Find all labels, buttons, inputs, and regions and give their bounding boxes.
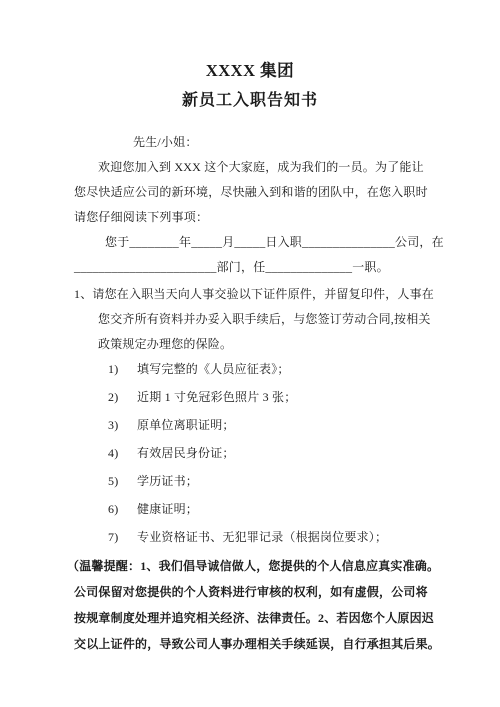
warm-reminder: （温馨提醒：1、我们倡导诚信做人，您提供的个人信息应真实准确。 公司保留对您提供… xyxy=(74,553,426,657)
blank-line: _______________________部门，任_____________… xyxy=(74,255,426,280)
document-item: 1) 填写完整的《人员应征表》； xyxy=(108,357,426,382)
reminder-line: 公司保留对您提供的个人资料进行审核的权利，如有虚假，公司将 xyxy=(74,579,426,605)
document-text: 健康证明； xyxy=(137,497,198,522)
document-number: 2) xyxy=(108,385,137,410)
document-checklist: 1) 填写完整的《人员应征表》； 2) 近期 1 寸免冠彩色照片 3 张； 3)… xyxy=(74,357,426,550)
document-text: 原单位离职证明； xyxy=(137,413,235,438)
document-number: 1) xyxy=(108,357,137,382)
clause-1: 1、请您在入职当天向人事交验以下证件原件，并留复印件，人事在 您交齐所有资料并办… xyxy=(74,282,426,357)
document-item: 5) 学历证书； xyxy=(108,469,426,494)
document-number: 7) xyxy=(108,525,137,550)
document-number: 4) xyxy=(108,441,137,466)
document-item: 6) 健康证明； xyxy=(108,497,426,522)
company-title: XXXX 集团 xyxy=(74,56,426,86)
document-text: 学历证书； xyxy=(137,469,198,494)
reminder-line: 按规章制度处理并追究相关经济、法律责任。2、若因您个人原因迟 xyxy=(74,605,426,631)
intro-line: 欢迎您加入到 XXX 这个大家庭，成为我们的一员。为了能让 xyxy=(74,155,426,180)
reminder-line: 交以上证件的，导致公司人事办理相关手续延误，自行承担其后果。 xyxy=(74,631,426,657)
blank-line: 您于________年_____月_____日入职_______________… xyxy=(74,230,426,255)
reminder-line: （温馨提醒：1、我们倡导诚信做人，您提供的个人信息应真实准确。 xyxy=(67,553,426,579)
document-title: 新员工入职告知书 xyxy=(74,86,426,116)
document-text: 有效居民身份证； xyxy=(137,441,235,466)
document-item: 7) 专业资格证书、无犯罪记录（根据岗位要求）； xyxy=(108,525,426,550)
document-number: 6) xyxy=(108,497,137,522)
clause-1-line: 您交齐所有资料并办妥入职手续后，与您签订劳动合同,按相关 xyxy=(74,307,426,332)
clause-1-line: 1、请您在入职当天向人事交验以下证件原件，并留复印件，人事在 xyxy=(74,282,426,307)
intro-line: 请您仔细阅读下列事项： xyxy=(74,205,426,230)
intro-line: 您尽快适应公司的新环境，尽快融入到和谐的团队中，在您入职时 xyxy=(74,180,426,205)
document-text: 近期 1 寸免冠彩色照片 3 张； xyxy=(137,385,296,410)
document-item: 3) 原单位离职证明； xyxy=(108,413,426,438)
document-item: 2) 近期 1 寸免冠彩色照片 3 张； xyxy=(108,385,426,410)
salutation: 先生/小姐： xyxy=(74,130,426,155)
document-item: 4) 有效居民身份证； xyxy=(108,441,426,466)
intro-paragraph: 欢迎您加入到 XXX 这个大家庭，成为我们的一员。为了能让 您尽快适应公司的新环… xyxy=(74,155,426,230)
clause-1-line: 政策规定办理您的保险。 xyxy=(74,332,426,357)
document-number: 5) xyxy=(108,469,137,494)
document-text: 填写完整的《人员应征表》； xyxy=(137,357,290,382)
document-page: XXXX 集团 新员工入职告知书 先生/小姐： 欢迎您加入到 XXX 这个大家庭… xyxy=(0,0,500,707)
fill-in-blanks-paragraph: 您于________年_____月_____日入职_______________… xyxy=(74,230,426,280)
document-number: 3) xyxy=(108,413,137,438)
document-text: 专业资格证书、无犯罪记录（根据岗位要求）； xyxy=(137,525,387,550)
